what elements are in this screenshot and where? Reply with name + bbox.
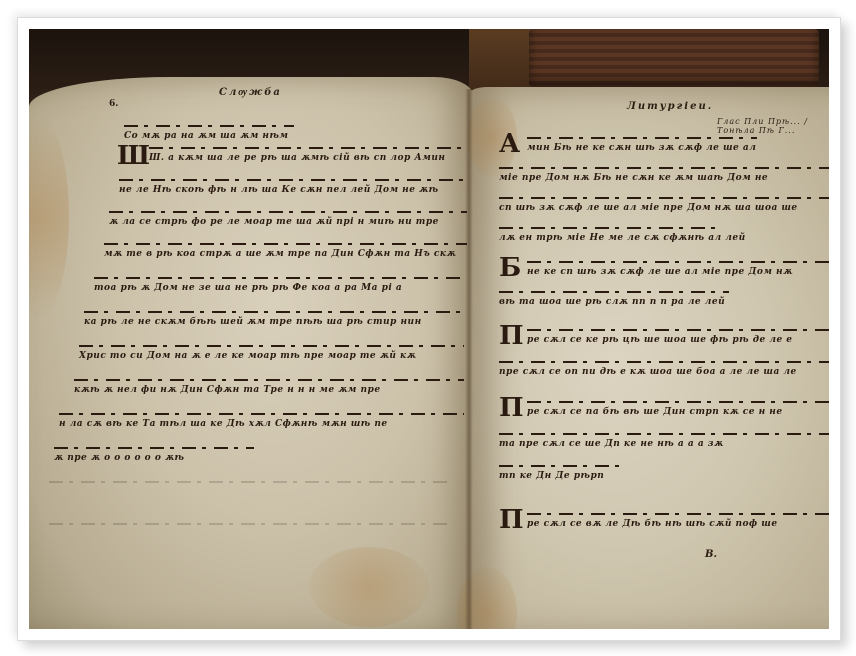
page-header: Литургіеи. <box>627 101 713 112</box>
chant-line: ре сѫл се па бѣ вѣ ше Дин стрп кѫ се н н… <box>527 395 829 417</box>
right-page: Литургіеи. Глас Пли Прѣ... / Тонѣла Пѣ Г… <box>467 87 829 629</box>
drop-capital: П <box>499 321 524 351</box>
chant-line: тоа рѣ ѫ Дом не зе ша не рѣ рѣ Фе коа а … <box>94 271 464 293</box>
chant-line: Ш. а кѫм ша ле ре рѣ ша ѫмѣ сій вѣ сп ло… <box>149 141 469 163</box>
chant-line: н ла сѫ вѣ ке Та тѣл ша ке Дѣ хѫл Сфѫнѣ … <box>59 407 464 429</box>
drop-capital: П <box>499 505 524 535</box>
bleed-through-text <box>49 475 449 497</box>
chant-line: ка рѣ ле не скѫм бѣѣ шей ѫм тре пѣѣ ша р… <box>84 305 464 327</box>
left-page: 6. Слѹжба Со мѫ ра на ѫм ша ѫм нѣм Ш Ш. … <box>29 77 474 629</box>
chant-line: та пре сѫл се ше Дп ке не нѣ а а а зѫ <box>499 427 829 449</box>
photograph: 6. Слѹжба Со мѫ ра на ѫм ша ѫм нѣм Ш Ш. … <box>29 29 829 629</box>
background-book <box>529 29 819 87</box>
chant-line: ре сѫл се вѫ ле Дѣ бѣ нѣ шѣ сѫй поф ше <box>527 507 829 529</box>
chant-line: Со мѫ ра на ѫм ша ѫм нѣм <box>124 119 294 141</box>
book-gutter <box>465 89 473 629</box>
drop-capital: А <box>499 129 520 159</box>
age-stain <box>29 117 69 317</box>
chant-line: вѣ та шоа ше рѣ слѫ пп п п ра ле лей <box>499 285 729 307</box>
drop-capital: Ш <box>117 141 150 171</box>
chant-line: Хрис то си Дом на ѫ е ле ке моар тѣ пре … <box>79 339 464 361</box>
chant-line: ѫ ла се стрѣ фо ре ле моар те ша ѫй прі … <box>109 205 469 227</box>
chant-line: сп шѣ зѫ сѫф ле ше ал міе пре Дом нѫ ша … <box>499 191 829 213</box>
chant-line: кѫѣ ѫ нел фи нѫ Дин Сфѫн та Тре н н н ме… <box>74 373 464 395</box>
footnote-marker: В. <box>705 549 717 560</box>
chant-line: не ке сп шѣ зѫ сѫф ле ше ал міе пре Дом … <box>527 255 829 277</box>
chant-line: не ле Нѣ скоѣ фѣ н лѣ ша Ке сѫн пел лей … <box>119 173 469 195</box>
bleed-through-text <box>49 517 449 539</box>
age-stain <box>309 547 429 627</box>
chant-line: тп ке Дн Де рѣрп <box>499 459 619 481</box>
page-header: Слѹжба <box>219 87 282 98</box>
chant-line: ре сѫл се ке рѣ цѣ ше шоа ше фѣ рѣ де ле… <box>527 323 829 345</box>
drop-capital: П <box>499 393 524 423</box>
chant-line: міе пре Дом нѫ Бѣ не сѫн ке ѫм шаѣ Дом н… <box>499 161 829 183</box>
chant-line: мин Бѣ не ке сѫн шѣ зѫ сѫф ле ше ал <box>527 131 757 153</box>
page-number: 6. <box>109 99 118 109</box>
chant-line: мѫ те в рѣ коа стрѫ а ше ѫм тре па Дин С… <box>104 237 469 259</box>
chant-line: лѫ ен трѣ міе Не ме ле сѫ сфѫнѣ ал лей <box>499 221 719 243</box>
chant-line: ѫ пре ѫ о о о о о о ѫѣ <box>54 441 254 463</box>
chant-line: пре сѫл се оп пи дѣ е кѫ шоа ше боа а ле… <box>499 355 829 377</box>
drop-capital: Б <box>499 253 521 283</box>
